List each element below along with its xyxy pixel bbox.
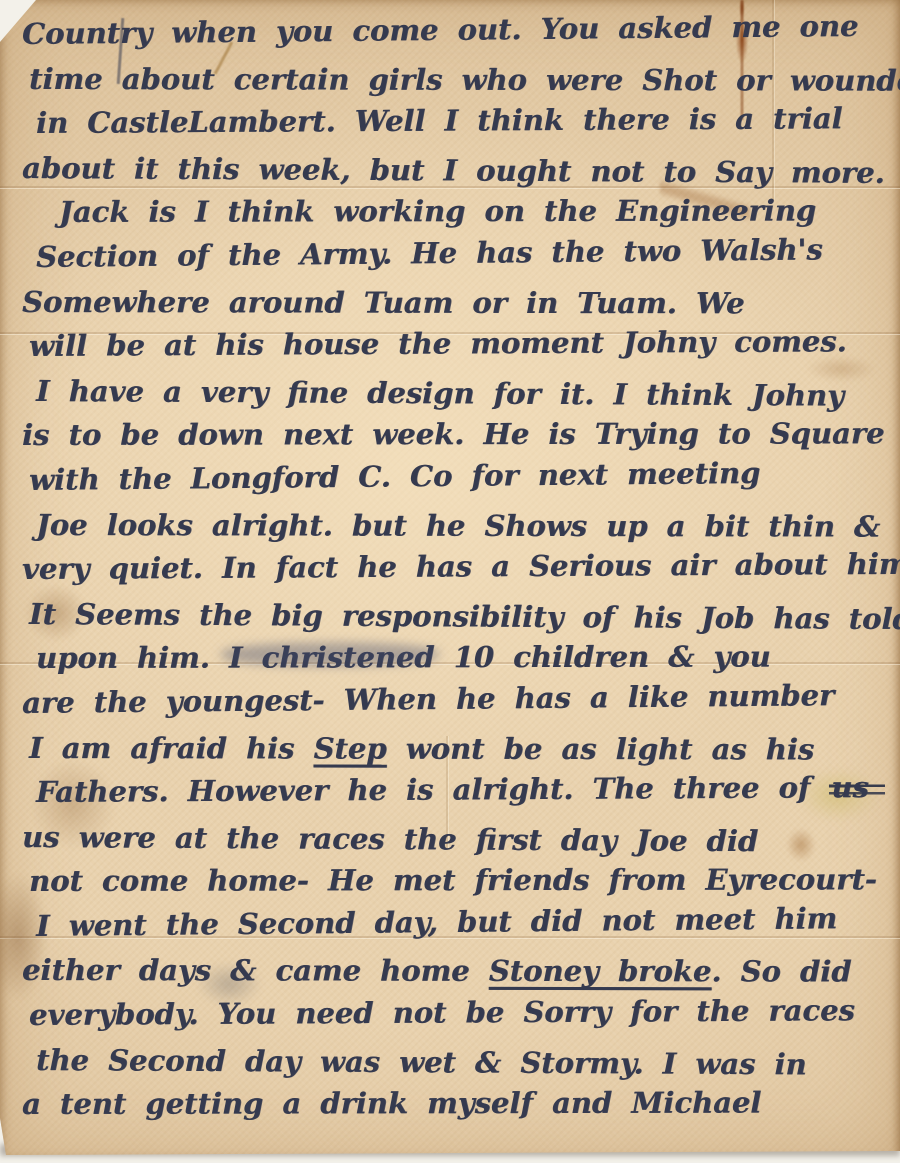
letter-text: very quiet. In fact he has a Serious air… <box>22 547 900 586</box>
letter-text: the Second day was wet & Stormy. I was i… <box>36 1043 807 1081</box>
letter-text: I am afraid his <box>29 731 314 766</box>
letter-line: are the youngest- When he has a like num… <box>22 672 900 725</box>
letter-line: I went the Second day, but did not meet … <box>36 896 900 949</box>
letter-text: I went the Second day, but did not meet … <box>36 901 837 943</box>
letter-text: 10 children & you <box>435 640 771 675</box>
letter-text: everybody. You need not be Sorry for the… <box>29 993 855 1032</box>
letter-text: a tent getting a drink myself and Michae… <box>22 1086 761 1121</box>
letter-text: either days & came home <box>22 953 489 988</box>
letter-text: It Seems the big responsibility of his J… <box>29 597 900 636</box>
letter-text: about it this week, but I ought not to S… <box>22 151 885 190</box>
letter-text: are the youngest- When he has a like num… <box>22 678 835 720</box>
letter-line: very quiet. In fact he has a Serious air… <box>22 542 900 592</box>
letter-line: Section of the Army. He has the two Wals… <box>36 227 900 280</box>
letter-text: I have a very fine design for it. I thin… <box>36 374 844 413</box>
letter-line: with the Longford C. Co for next meeting <box>29 450 900 503</box>
letter-text: . So did <box>711 955 851 989</box>
letter-text: time about certain girls who were Shot o… <box>29 62 900 98</box>
scanned-letter-page: Country when you come out. You asked me … <box>0 0 900 1163</box>
letter-text: Jack is I think working on the Engineeri… <box>59 194 816 229</box>
letter-text: wont be as light as his <box>387 731 815 766</box>
letter-text: is to be down next week. He is Trying to… <box>22 417 885 453</box>
letter-text: us were at the races the first day Joe d… <box>22 820 758 858</box>
letter-line: Country when you come out. You asked me … <box>22 4 900 57</box>
letter-text: in CastleLambert. Well I think there is … <box>36 102 843 141</box>
letter-line: will be at his house the moment Johny co… <box>29 319 900 369</box>
letter-line: Fathers. However he is alright. The thre… <box>36 765 900 815</box>
letter-text: Joe looks alright. but he Shows up a bit… <box>36 508 880 544</box>
letter-line: a tent getting a drink myself and Michae… <box>22 1081 900 1127</box>
letter-text: with the Longford C. Co for next meeting <box>29 456 761 497</box>
letter-text: upon him. <box>36 641 229 675</box>
underlined-text: Step <box>313 731 386 765</box>
letter-line: everybody. You need not be Sorry for the… <box>29 988 900 1038</box>
smudged-text: I christened <box>229 641 435 675</box>
text-layer: Country when you come out. You asked me … <box>0 12 900 1127</box>
letter-text: will be at his house the moment Johny co… <box>29 324 847 363</box>
letter-line: in CastleLambert. Well I think there is … <box>36 96 900 146</box>
underlined-text: Stoney broke <box>489 954 712 988</box>
letter-text: not come home- He met friends from Eyrec… <box>29 863 877 899</box>
letter-text: Section of the Army. He has the two Wals… <box>36 232 823 274</box>
letter-text: Somewhere around Tuam or in Tuam. We <box>22 285 745 320</box>
letter-text: Fathers. However he is alright. The thre… <box>36 771 830 810</box>
struck-out-word: us <box>829 770 885 804</box>
letter-text: Country when you come out. You asked me … <box>22 9 859 51</box>
